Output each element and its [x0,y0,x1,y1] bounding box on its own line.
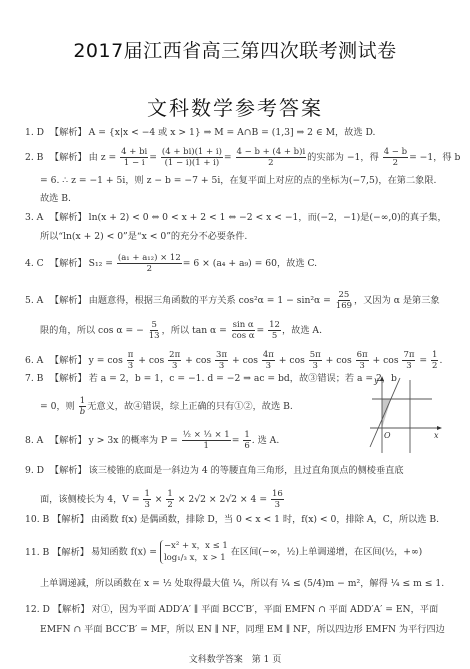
y-axis-arrow-icon [380,376,384,381]
fraction: 125 [268,320,281,341]
origin-label: O [384,431,391,440]
document-title: 2017届江西省高三第四次联考测试卷 [0,36,470,63]
region-graph-figure: y O x [368,375,448,455]
fraction: 513 [148,320,161,341]
answer-number: 4. C [25,258,47,270]
answer-8: 8. A 【解析】y > 3x 的概率为 P = ½ × ⅓ × 11= 16.… [25,430,279,451]
answer-number: 6. A [25,355,47,367]
answer-9-line-2: 面，该侧棱长为 4，V = 13 × 12 × 2√2 × 2√2 × 4 = … [40,489,285,510]
answer-number: 5. A [25,295,47,307]
piecewise-function: −x² + x，x ≤ 1log₁/₃ x，x > 1 [160,540,228,564]
fraction: 12 [166,489,173,510]
analysis-tag: 【解析】 [50,152,87,163]
answer-text: 由 z = [89,152,117,163]
fraction: 7π3 [402,350,415,371]
answer-number: 10. B [25,514,49,526]
answer-11-line-2: 上单调递减，所以函数在 x = ½ 处取得最大值 ¼，所以有 ¼ ≤ (5/4)… [40,578,444,590]
answer-number: 2. B [25,152,47,164]
shaded-region [382,399,391,428]
fraction: 4 − b2 [383,147,408,168]
answer-12-line-2: EMFN ∩ 平面 BCC′B′ = MF，所以 EN ∥ NF，同理 EM ∥… [40,624,445,636]
answer-number: 11. B [25,547,49,559]
fraction: 12 [431,350,438,371]
fraction: 3π3 [215,350,228,371]
answer-12: 12. D 【解析】对①，因为平面 ADD′A′ ∥ 平面 BCC′B′，平面 … [25,604,438,616]
answer-4: 4. C 【解析】S₁₂ = (a₁ + a₁₂) × 122= 6 × (a₄… [25,253,317,274]
analysis-tag: 【解析】 [50,295,87,306]
fraction: 4 + bi1 − i [120,147,148,168]
analysis-tag: 【解析】 [52,547,89,558]
answer-text: A = {x|x < −4 或 x > 1} ⇒ M = A∩B = (1,3]… [89,127,376,138]
answer-7: 7. B 【解析】若 a = 2，b = 1，c = −1. d = −2 ⇒ … [25,373,397,385]
fraction: 16 [243,430,250,451]
answer-number: 8. A [25,435,47,447]
analysis-tag: 【解析】 [50,373,87,384]
answer-number: 12. D [25,604,50,616]
answer-2: 2. B 【解析】由 z = 4 + bi1 − i= (4 + bi)(1 +… [25,147,460,168]
fraction: 4 − b + (4 + b)i2 [236,147,307,168]
analysis-tag: 【解析】 [50,465,87,476]
fraction: (4 + bi)(1 + i)(1 − i)(1 + i) [161,147,223,168]
answer-6: 6. A 【解析】y = cos π3 + cos 2π3 + cos 3π3 … [25,350,442,371]
answer-10: 10. B 【解析】由函数 f(x) 是偶函数，排除 D，当 0 < x < 1… [25,514,439,526]
x-label: x [434,431,439,440]
fraction: 13 [143,489,150,510]
answer-2-line-2: = 6. ∴ z = −1 + 5i，则 z − b = −7 + 5i，在复平… [40,175,436,187]
fraction: sin αcos α [231,320,256,341]
answer-number: 7. B [25,373,47,385]
analysis-tag: 【解析】 [50,355,87,366]
answer-1: 1. D 【解析】A = {x|x < −4 或 x > 1} ⇒ M = A∩… [25,127,375,139]
fraction: 25169 [335,290,353,311]
page-footer: 文科数学答案 第 1 页 [0,652,470,665]
analysis-tag: 【解析】 [50,435,87,446]
document-subtitle: 文科数学参考答案 [0,92,470,121]
answer-2-line-3: 故选 B. [40,193,71,205]
answer-3: 3. A 【解析】ln(x + 2) < 0 ⇔ 0 < x + 2 < 1 ⇔… [25,212,447,224]
analysis-tag: 【解析】 [53,604,90,615]
answer-number: 9. D [25,465,47,477]
fraction: 5π3 [309,350,322,371]
analysis-tag: 【解析】 [50,212,87,223]
analysis-tag: 【解析】 [50,258,87,269]
analysis-tag: 【解析】 [50,127,87,138]
answer-7-line-2: = 0，则 1b无意义，故④错误，综上正确的只有①②，故选 B. [40,396,293,417]
x-axis-arrow-icon [437,426,442,430]
answer-11: 11. B 【解析】易知函数 f(x) = −x² + x，x ≤ 1log₁/… [25,540,422,564]
analysis-tag: 【解析】 [52,514,89,525]
fraction: (a₁ + a₁₂) × 122 [117,253,182,274]
answer-number: 1. D [25,127,47,139]
fraction: π3 [127,350,135,371]
answer-9: 9. D 【解析】该三棱锥的底面是一斜边为 4 的等腰直角三角形，且过直角顶点的… [25,465,404,477]
fraction: 2π3 [168,350,181,371]
answer-5-line-2: 限的角，所以 cos α = − 513，所以 tan α = sin αcos… [40,320,322,341]
fraction: ½ × ⅓ × 11 [182,430,231,451]
fraction: 4π3 [262,350,275,371]
fraction: 1b [79,396,86,417]
answer-3-line-2: 所以“ln(x + 2) < 0”是“x < 0”的充分不必要条件. [40,231,247,243]
answer-5: 5. A 【解析】由题意得，根据三角函数的平方关系 cos²α = 1 − si… [25,290,440,311]
fraction: 163 [271,489,284,510]
answer-number: 3. A [25,212,47,224]
y-label: y [373,376,379,385]
answer-text: ln(x + 2) < 0 ⇔ 0 < x + 2 < 1 ⇔ −2 < x <… [89,212,447,223]
fraction: 6π3 [356,350,369,371]
